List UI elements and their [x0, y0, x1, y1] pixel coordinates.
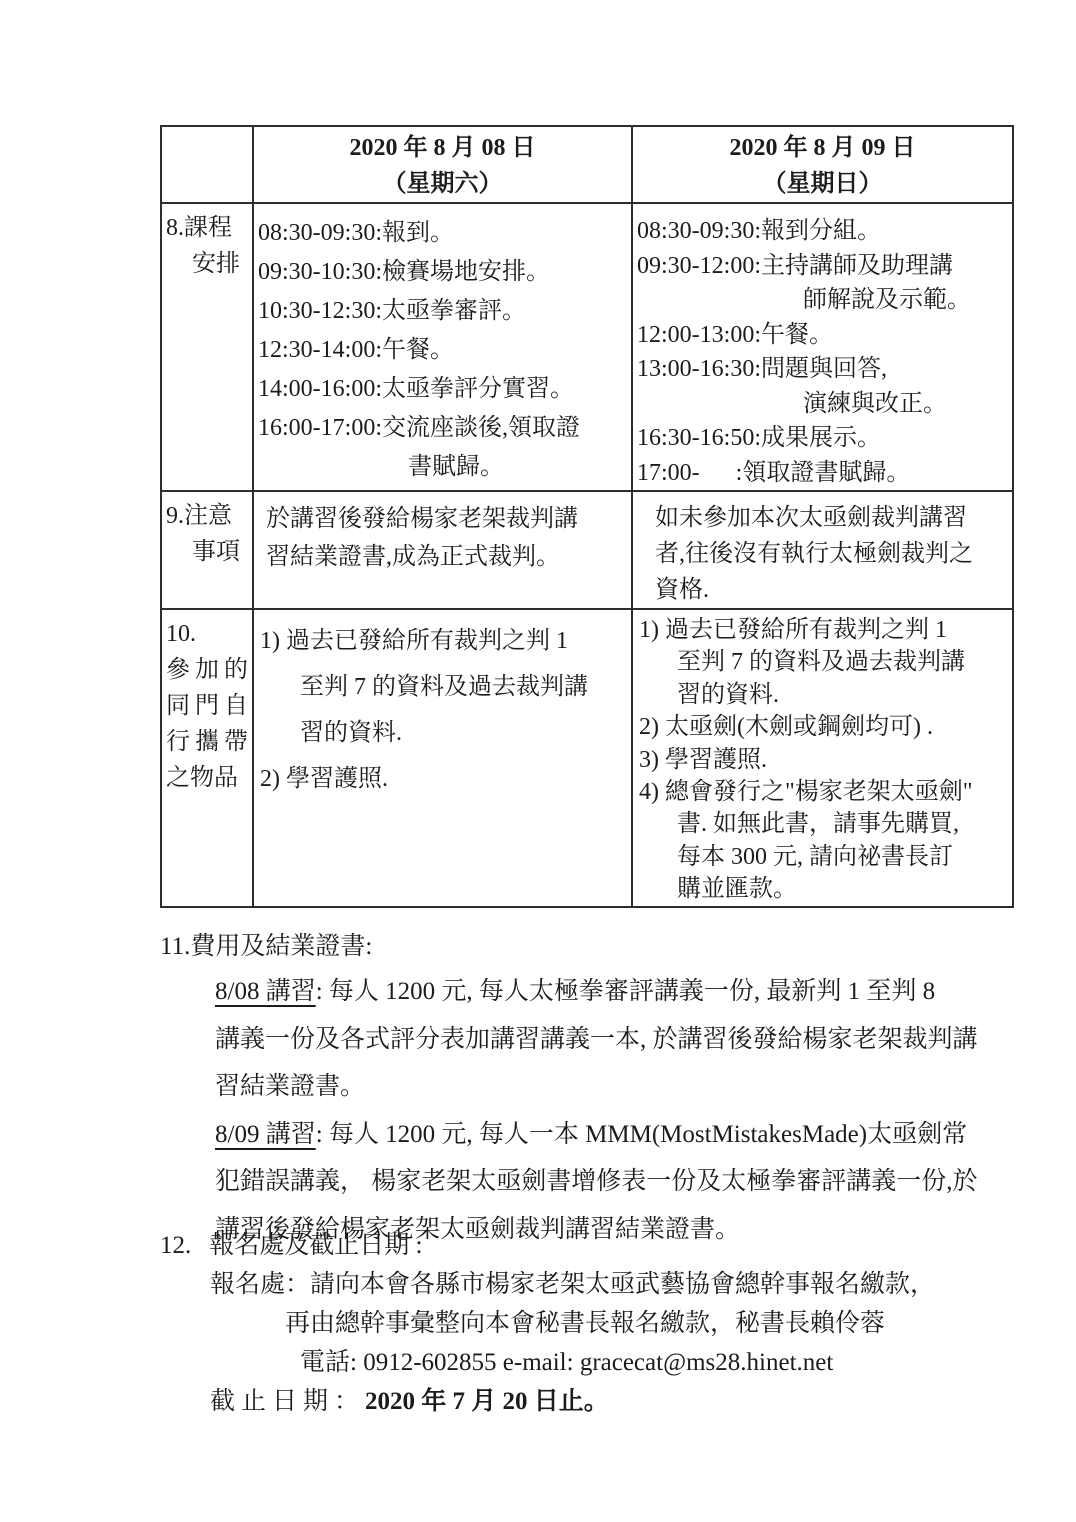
- row9-saturday-note: 於講習後發給楊家老架裁判講 習結業證書,成為正式裁判。: [253, 491, 632, 609]
- date-0809-label: 8/09 講習: [215, 1121, 316, 1148]
- row10-label-line: 之物品: [166, 760, 250, 796]
- item-line-continuation: 書. 如無此書，請事先購買,: [639, 808, 1012, 840]
- header-saturday-cell: 2020 年 8 月 08 日 （星期六）: [253, 126, 632, 203]
- contact-phone-email-line: 電話: 0912-602855 e-mail: gracecat@ms28.hi…: [300, 1343, 1045, 1382]
- fee-line: 講義一份及各式評分表加講習講義一本, 於講習後發給楊家老架裁判講: [215, 1016, 1045, 1064]
- row9-label-line: 9.注意: [166, 498, 250, 534]
- section-12-heading: 12.報名處及截止日期 :: [160, 1226, 1045, 1265]
- row8-sunday-schedule: 08:30-09:30:報到分組。 09:30-12:00:主持講師及助理講 師…: [632, 203, 1013, 491]
- row9-sunday-note: 如未參加本次太亟劍裁判講習 者,往後沒有執行太極劍裁判之 資格.: [632, 491, 1013, 609]
- item-line-continuation: 至判 7 的資料及過去裁判講: [639, 646, 1012, 678]
- section-11-heading: 11.費用及結業證書:: [160, 926, 1045, 968]
- row9-label-line: 事項: [166, 534, 250, 570]
- row10-label-line: 行攜帶: [166, 724, 250, 760]
- item-line-continuation: 至判 7 的資料及過去裁判講: [260, 664, 631, 710]
- schedule-line: 09:30-10:30:檢賽場地安排。: [258, 253, 631, 292]
- row8-label-line: 安排: [166, 246, 250, 282]
- item-line: 3) 學習護照.: [639, 744, 1012, 776]
- item-line: 4) 總會發行之"楊家老架太亟劍": [639, 776, 1012, 808]
- row-9-notes: 9.注意 事項 於講習後發給楊家老架裁判講 習結業證書,成為正式裁判。 如未參加…: [161, 491, 1013, 609]
- schedule-line: 14:00-16:00:太亟拳評分實習。: [258, 370, 631, 409]
- schedule-line: 08:30-09:30:報到。: [258, 214, 631, 253]
- item-line-continuation: 每本 300 元, 請向祕書長訂: [639, 841, 1012, 873]
- schedule-line: 10:30-12:30:太亟拳審評。: [258, 292, 631, 331]
- section-12-registration-deadline: 12.報名處及截止日期 : 報名處：請向本會各縣市楊家老架太亟武藝協會總幹事報名…: [160, 1226, 1045, 1421]
- note-line: 者,往後沒有執行太極劍裁判之: [655, 536, 1008, 572]
- fee-line: 8/08 講習: 每人 1200 元, 每人太極拳審評講義一份, 最新判 1 至…: [215, 968, 1045, 1016]
- row8-label-line: 8.課程: [166, 210, 250, 246]
- saturday-weekday: （星期六）: [254, 166, 631, 202]
- item-line: 1) 過去已發給所有裁判之判 1: [260, 618, 631, 664]
- fee-line: 習結業證書。: [215, 1063, 1045, 1111]
- document-page: 2020 年 8 月 08 日 （星期六） 2020 年 8 月 09 日 （星…: [0, 0, 1076, 1522]
- row-10-items-to-bring: 10. 參加的 同門自 行攜帶 之物品 1) 過去已發給所有裁判之判 1 至判 …: [161, 609, 1013, 907]
- item-line-continuation: 購並匯款。: [639, 873, 1012, 905]
- section-12-title: 報名處及截止日期 :: [209, 1232, 422, 1259]
- fee-paragraph-0808: 8/08 講習: 每人 1200 元, 每人太極拳審評講義一份, 最新判 1 至…: [215, 968, 1045, 1111]
- course-schedule-table: 2020 年 8 月 08 日 （星期六） 2020 年 8 月 09 日 （星…: [160, 125, 1014, 908]
- schedule-line: 16:30-16:50:成果展示。: [637, 421, 1012, 456]
- schedule-line: 13:00-16:30:問題與回答,: [637, 352, 1012, 387]
- fee-line: 8/09 講習: 每人 1200 元, 每人一本 MMM(MostMistake…: [215, 1111, 1045, 1159]
- item-line: 1) 過去已發給所有裁判之判 1: [639, 614, 1012, 646]
- fee-text: : 每人 1200 元, 每人一本 MMM(MostMistakesMade)太…: [316, 1121, 967, 1148]
- item-line: 2) 太亟劍(木劍或鋼劍均可) .: [639, 711, 1012, 743]
- schedule-line: 12:30-14:00:午餐。: [258, 331, 631, 370]
- row10-saturday-items: 1) 過去已發給所有裁判之判 1 至判 7 的資料及過去裁判講 習的資料. 2)…: [253, 609, 632, 907]
- item-line-continuation: 習的資料.: [639, 679, 1012, 711]
- sunday-date: 2020 年 8 月 09 日: [633, 130, 1012, 166]
- row10-label-line: 同門自: [166, 688, 250, 724]
- header-sunday-cell: 2020 年 8 月 09 日 （星期日）: [632, 126, 1013, 203]
- deadline-line: 截止日期：2020 年 7 月 20 日止。: [210, 1382, 1045, 1421]
- row10-sunday-items: 1) 過去已發給所有裁判之判 1 至判 7 的資料及過去裁判講 習的資料. 2)…: [632, 609, 1013, 907]
- row10-label-line: 參加的: [166, 652, 250, 688]
- note-line: 資格.: [655, 572, 1008, 608]
- row8-label-cell: 8.課程 安排: [161, 203, 253, 491]
- table-header-row: 2020 年 8 月 08 日 （星期六） 2020 年 8 月 09 日 （星…: [161, 126, 1013, 203]
- schedule-line-continuation: 演練與改正。: [637, 387, 1012, 422]
- schedule-line-continuation: 師解說及示範。: [637, 283, 1012, 318]
- registration-office-line: 報名處：請向本會各縣市楊家老架太亟武藝協會總幹事報名繳款，: [210, 1265, 1045, 1304]
- saturday-date: 2020 年 8 月 08 日: [254, 130, 631, 166]
- schedule-line: 09:30-12:00:主持講師及助理講: [637, 249, 1012, 284]
- header-empty-cell: [161, 126, 253, 203]
- row10-label-cell: 10. 參加的 同門自 行攜帶 之物品: [161, 609, 253, 907]
- deadline-label: 截止日期：: [210, 1388, 365, 1415]
- row10-label-line: 10.: [166, 616, 250, 652]
- row-8-course-arrangement: 8.課程 安排 08:30-09:30:報到。 09:30-10:30:檢賽場地…: [161, 203, 1013, 491]
- deadline-date: 2020 年 7 月 20 日止。: [365, 1388, 609, 1415]
- fee-text: : 每人 1200 元, 每人太極拳審評講義一份, 最新判 1 至判 8: [316, 978, 935, 1005]
- schedule-line-continuation: 書賦歸。: [258, 448, 631, 487]
- fee-line: 犯錯誤講義， 楊家老架太亟劍書增修表一份及太極拳審評講義一份,於: [215, 1158, 1045, 1206]
- schedule-line: 16:00-17:00:交流座談後,領取證: [258, 409, 631, 448]
- section-11-fees-and-certificate: 11.費用及結業證書: 8/08 講習: 每人 1200 元, 每人太極拳審評講…: [160, 926, 1045, 1253]
- schedule-line: 08:30-09:30:報到分組。: [637, 214, 1012, 249]
- row8-saturday-schedule: 08:30-09:30:報到。 09:30-10:30:檢賽場地安排。 10:3…: [253, 203, 632, 491]
- sunday-weekday: （星期日）: [633, 166, 1012, 202]
- item-line-continuation: 習的資料.: [260, 710, 631, 756]
- note-line: 如未參加本次太亟劍裁判講習: [655, 500, 1008, 536]
- note-line: 於講習後發給楊家老架裁判講: [266, 500, 627, 538]
- note-line: 習結業證書,成為正式裁判。: [266, 538, 627, 576]
- item-line: 2) 學習護照.: [260, 756, 631, 802]
- section-12-number: 12.: [160, 1232, 191, 1259]
- registration-forwarding-line: 再由總幹事彙整向本會秘書長報名繳款，秘書長賴伶蓉: [285, 1304, 1045, 1343]
- date-0808-label: 8/08 講習: [215, 978, 316, 1005]
- schedule-line: 12:00-13:00:午餐。: [637, 318, 1012, 353]
- row9-label-cell: 9.注意 事項: [161, 491, 253, 609]
- schedule-line: 17:00- :領取證書賦歸。: [637, 456, 1012, 491]
